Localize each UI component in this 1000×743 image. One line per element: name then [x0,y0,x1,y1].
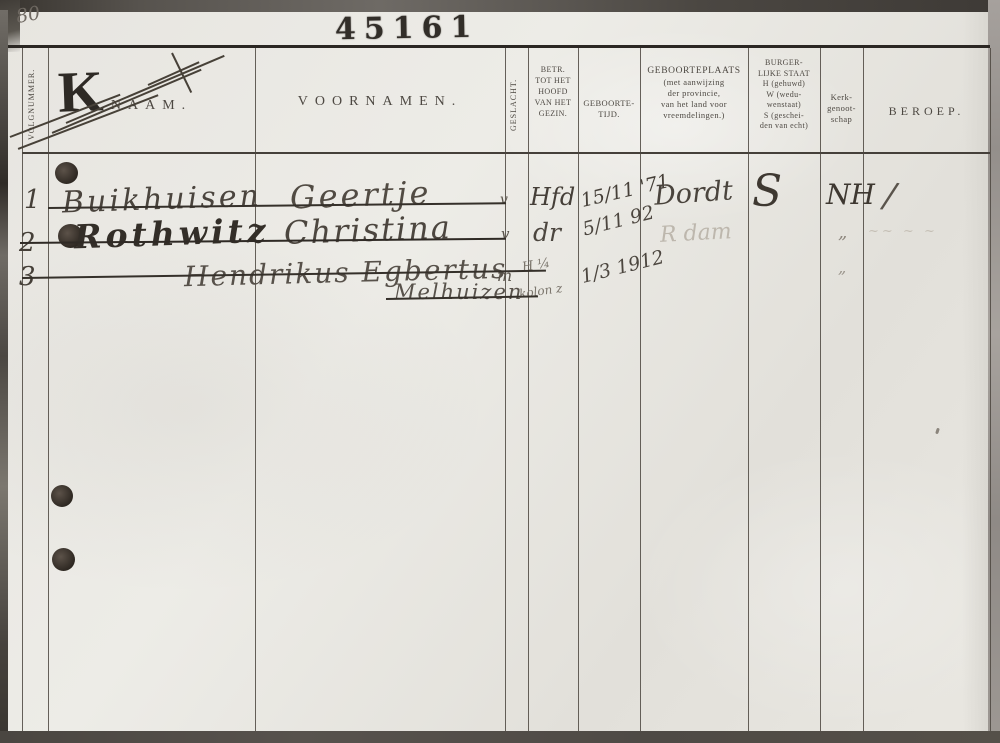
row-2-geboorteplaats: R dam [659,219,732,248]
header-geboorteplaats-line: der provincie, [641,88,747,99]
scan-shadow-right [962,12,988,731]
header-geboorteplaats-line: (met aanwijzing [641,77,747,88]
col-rule-naam [255,48,256,731]
header-beroep: BEROEP. [863,104,990,119]
header-geboorteplaats-line: van het land voor [641,99,747,110]
row-1-burgerlijke-staat: S [752,166,782,217]
header-kerkgenootschap: Kerk- genoot- schap [820,92,863,125]
header-burgerlijke-staat-line: W (wedu- [749,90,819,101]
table-border-right [990,48,991,731]
row-1-betrekking: Hfd [530,183,575,211]
header-geboortetijd: GEBOORTE- TIJD. [578,98,640,120]
header-betrekking-line: HOOFD [528,86,578,97]
header-geslacht: GESLACHT. [509,60,518,150]
punch-hole [51,485,73,507]
col-rule-voornamen [505,48,506,731]
header-burgerlijke-staat-line: H (gehuwd) [749,79,819,90]
col-rule-geslacht [528,48,529,731]
row-2-kerkgenootschap-ditto: „ [838,222,847,243]
header-kerkgenootschap-line: schap [820,114,863,125]
row-1-nr: 1 [24,185,41,215]
row-1-geslacht: v [500,192,508,208]
header-burgerlijke-staat-line: BURGER- [749,58,819,69]
scan-edge-bottom [0,731,1000,743]
row-2-naam: Rothwitz [73,211,270,257]
row-2-betrekking: dr [533,218,561,247]
header-bottom-rule [22,152,990,154]
header-betrekking-line: TOT HET [528,75,578,86]
col-rule-betrekking [578,48,579,731]
row-2-geslacht: v [501,225,509,243]
header-geboortetijd-line: TIJD. [578,109,640,120]
col-rule-geboorteplaats [748,48,749,731]
row-1-geboorteplaats: Dordt [653,175,734,211]
header-burgerlijke-staat-line: den van echt) [749,121,819,132]
header-geboortetijd-line: GEBOORTE- [578,98,640,109]
header-betrekking-line: GEZIN. [528,108,578,119]
header-volgnummer: VOLGNUMMER. [27,58,36,150]
header-betrekking-line: VAN HET [528,97,578,108]
header-burgerlijke-staat-line: LIJKE STAAT [749,69,819,80]
header-kerkgenootschap-line: Kerk- [820,92,863,103]
table-top-rule [8,45,990,48]
header-geboorteplaats: GEBOORTEPLAATS (met aanwijzing der provi… [641,66,747,121]
table-border-left [22,48,23,731]
row-2-beroep: ~~ ~ ~ [868,224,938,239]
header-burgerlijke-staat: BURGER- LIJKE STAAT H (gehuwd) W (wedu- … [749,58,819,132]
stamp-number: 45161 [335,10,480,48]
scan-edge-top [0,0,1000,12]
row-2-voornamen: Christina [283,208,452,252]
col-rule-volgnummer [48,48,49,731]
header-geboorteplaats-line: GEBOORTEPLAATS [641,66,747,77]
punch-hole [52,548,75,571]
col-rule-burgerlijke-staat [820,48,821,731]
scanned-register-card: 80 45161 VOLGNUMMER. NAAM. VOORNAMEN. GE… [0,0,1000,743]
col-rule-geboortetijd [640,48,641,731]
col-rule-kerkgenootschap [863,48,864,731]
row-3-geslacht: m [497,266,512,285]
header-geboorteplaats-line: vreemdelingen.) [641,110,747,121]
row-3-kerkgenootschap-ditto: „ [838,258,846,277]
header-burgerlijke-staat-line: wenstaat) [749,100,819,111]
header-betrekking-line: BETR. [528,64,578,75]
page-number: 80 [14,2,42,28]
header-burgerlijke-staat-line: S (geschei- [749,111,819,122]
row-1-kerkgenootschap: NH [826,178,875,211]
ink-blob [55,162,78,184]
scan-edge-left [0,10,8,732]
header-voornamen: VOORNAMEN. [255,94,505,110]
header-kerkgenootschap-line: genoot- [820,103,863,114]
header-betrekking: BETR. TOT HET HOOFD VAN HET GEZIN. [528,64,578,119]
